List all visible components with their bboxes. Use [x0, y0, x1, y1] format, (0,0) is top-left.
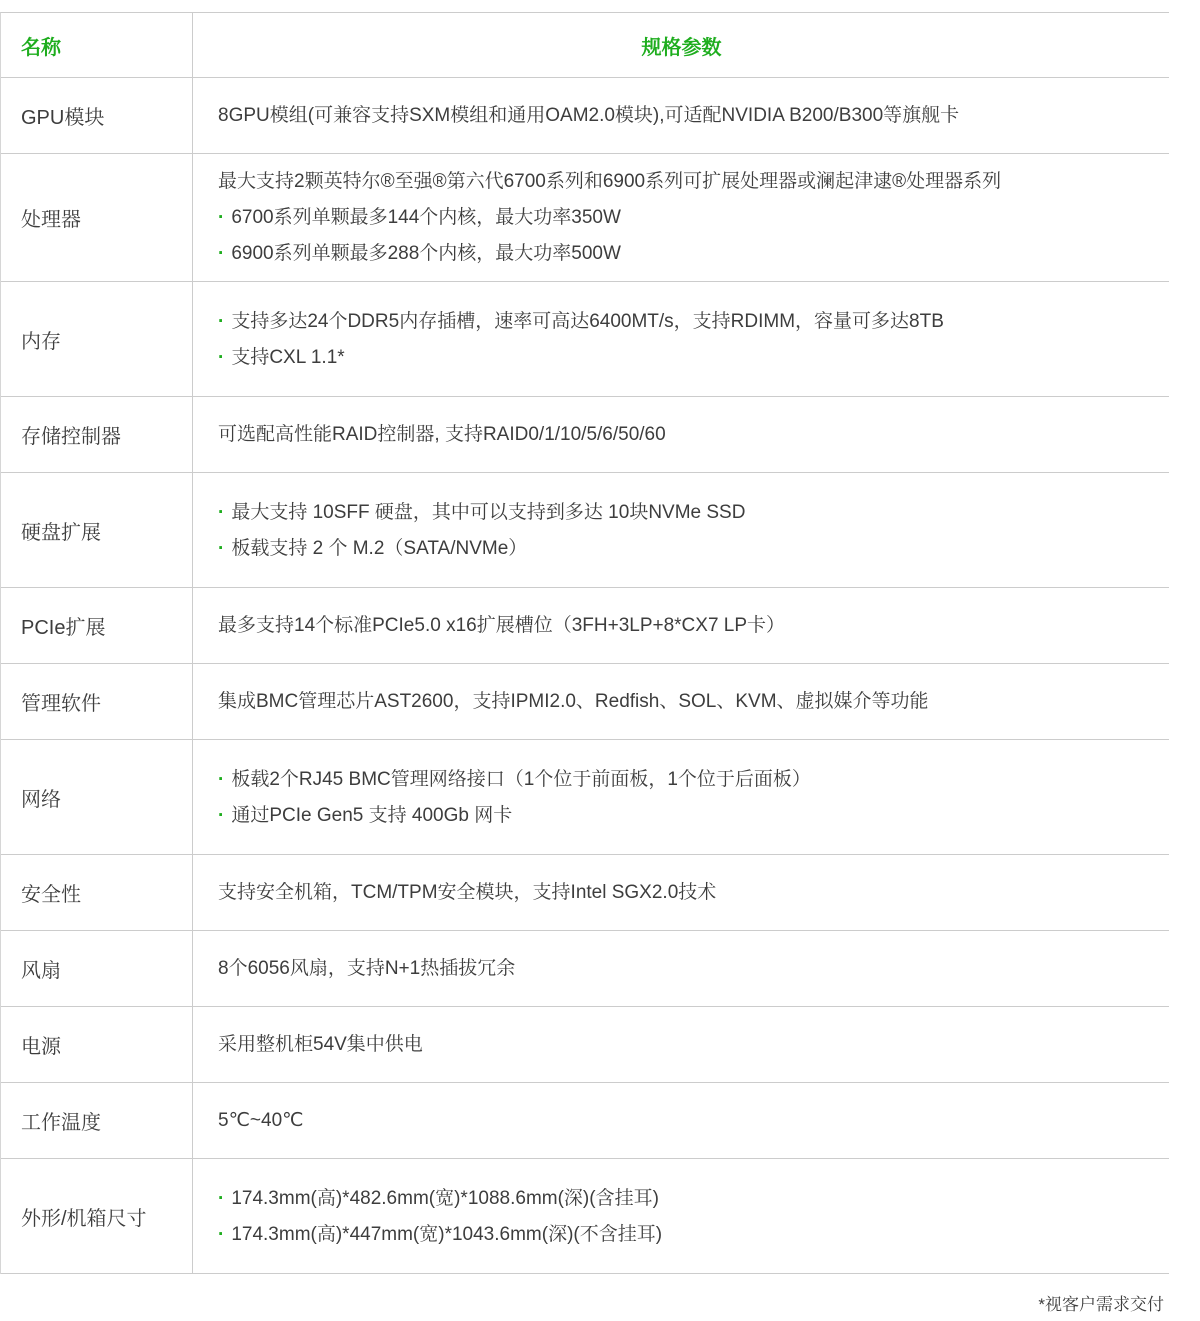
spec-text: 最大支持2颗英特尔®至强®第六代6700系列和6900系列可扩展处理器或澜起津逮… [218, 168, 1001, 195]
spec-text: 板载支持 2 个 M.2（SATA/NVMe） [231, 535, 527, 562]
spec-line: ·板载2个RJ45 BMC管理网络接口（1个位于前面板，1个位于后面板） [218, 766, 1145, 793]
spec-line: ·通过PCIe Gen5 支持 400Gb 网卡 [218, 802, 1145, 829]
spec-line: ·最大支持 10SFF 硬盘，其中可以支持到多达 10块NVMe SSD [218, 499, 1145, 526]
row-pcie-expansion: PCIe扩展 最多支持14个标准PCIe5.0 x16扩展槽位（3FH+3LP+… [1, 588, 1169, 664]
row-label: 工作温度 [1, 1083, 193, 1158]
bullet-icon: · [218, 535, 224, 562]
row-network: 网络 ·板载2个RJ45 BMC管理网络接口（1个位于前面板，1个位于后面板） … [1, 740, 1169, 855]
row-processor: 处理器 最大支持2颗英特尔®至强®第六代6700系列和6900系列可扩展处理器或… [1, 154, 1169, 282]
spec-text: 6700系列单颗最多144个内核，最大功率350W [231, 204, 621, 231]
spec-text: 5℃~40℃ [218, 1107, 303, 1134]
header-spec-column: 规格参数 [193, 13, 1169, 77]
row-label: PCIe扩展 [1, 588, 193, 663]
spec-line: ·174.3mm(高)*447mm(宽)*1043.6mm(深)(不含挂耳) [218, 1221, 1145, 1248]
spec-text: 最多支持14个标准PCIe5.0 x16扩展槽位（3FH+3LP+8*CX7 L… [218, 612, 785, 639]
row-label: 风扇 [1, 931, 193, 1006]
footnote: *视客户需求交付 [0, 1290, 1168, 1315]
spec-line: 集成BMC管理芯片AST2600，支持IPMI2.0、Redfish、SOL、K… [218, 688, 1145, 715]
bullet-icon: · [218, 802, 224, 829]
spec-line: 8个6056风扇，支持N+1热插拔冗余 [218, 955, 1145, 982]
row-label: 网络 [1, 740, 193, 854]
spec-text: 集成BMC管理芯片AST2600，支持IPMI2.0、Redfish、SOL、K… [218, 688, 929, 715]
bullet-icon: · [218, 1221, 224, 1248]
bullet-icon: · [218, 1185, 224, 1212]
row-dimensions: 外形/机箱尺寸 ·174.3mm(高)*482.6mm(宽)*1088.6mm(… [1, 1159, 1169, 1274]
spec-text: 支持安全机箱，TCM/TPM安全模块，支持Intel SGX2.0技术 [218, 879, 716, 906]
spec-text: 8个6056风扇，支持N+1热插拔冗余 [218, 955, 515, 982]
spec-text: 6900系列单颗最多288个内核，最大功率500W [231, 240, 621, 267]
spec-text: 支持CXL 1.1* [231, 344, 344, 371]
row-label: 内存 [1, 282, 193, 396]
row-label: 处理器 [1, 154, 193, 281]
bullet-icon: · [218, 240, 224, 267]
spec-text: 采用整机柜54V集中供电 [218, 1031, 423, 1058]
row-memory: 内存 ·支持多达24个DDR5内存插槽，速率可高达6400MT/s，支持RDIM… [1, 282, 1169, 397]
bullet-icon: · [218, 766, 224, 793]
spec-line: 5℃~40℃ [218, 1107, 1145, 1134]
row-operating-temperature: 工作温度 5℃~40℃ [1, 1083, 1169, 1159]
spec-line: 最大支持2颗英特尔®至强®第六代6700系列和6900系列可扩展处理器或澜起津逮… [218, 168, 1145, 195]
row-fans: 风扇 8个6056风扇，支持N+1热插拔冗余 [1, 931, 1169, 1007]
spec-text: 174.3mm(高)*482.6mm(宽)*1088.6mm(深)(含挂耳) [231, 1185, 659, 1212]
spec-line: ·支持CXL 1.1* [218, 344, 1145, 371]
bullet-icon: · [218, 204, 224, 231]
row-power: 电源 采用整机柜54V集中供电 [1, 1007, 1169, 1083]
row-label: 硬盘扩展 [1, 473, 193, 587]
spec-line: 8GPU模组(可兼容支持SXM模组和通用OAM2.0模块),可适配NVIDIA … [218, 102, 1145, 129]
bullet-icon: · [218, 308, 224, 335]
spec-line: ·支持多达24个DDR5内存插槽，速率可高达6400MT/s，支持RDIMM，容… [218, 308, 1145, 335]
bullet-icon: · [218, 344, 224, 371]
spec-line: ·6700系列单颗最多144个内核，最大功率350W [218, 204, 1145, 231]
row-label: 管理软件 [1, 664, 193, 739]
row-storage-controller: 存储控制器 可选配高性能RAID控制器, 支持RAID0/1/10/5/6/50… [1, 397, 1169, 473]
spec-line: ·板载支持 2 个 M.2（SATA/NVMe） [218, 535, 1145, 562]
spec-line: 最多支持14个标准PCIe5.0 x16扩展槽位（3FH+3LP+8*CX7 L… [218, 612, 1145, 639]
header-name-column: 名称 [1, 13, 193, 77]
row-label: 外形/机箱尺寸 [1, 1159, 193, 1273]
row-management-software: 管理软件 集成BMC管理芯片AST2600，支持IPMI2.0、Redfish、… [1, 664, 1169, 740]
row-label: GPU模块 [1, 78, 193, 153]
row-label: 安全性 [1, 855, 193, 930]
row-gpu-module: GPU模块 8GPU模组(可兼容支持SXM模组和通用OAM2.0模块),可适配N… [1, 78, 1169, 154]
row-label: 电源 [1, 1007, 193, 1082]
spec-text: 板载2个RJ45 BMC管理网络接口（1个位于前面板，1个位于后面板） [231, 766, 811, 793]
spec-line: 支持安全机箱，TCM/TPM安全模块，支持Intel SGX2.0技术 [218, 879, 1145, 906]
spec-line: 可选配高性能RAID控制器, 支持RAID0/1/10/5/6/50/60 [218, 421, 1145, 448]
spec-text: 最大支持 10SFF 硬盘，其中可以支持到多达 10块NVMe SSD [231, 499, 745, 526]
spec-text: 8GPU模组(可兼容支持SXM模组和通用OAM2.0模块),可适配NVIDIA … [218, 102, 959, 129]
spec-table: 名称 规格参数 GPU模块 8GPU模组(可兼容支持SXM模组和通用OAM2.0… [0, 12, 1169, 1274]
spec-text: 通过PCIe Gen5 支持 400Gb 网卡 [231, 802, 512, 829]
row-label: 存储控制器 [1, 397, 193, 472]
row-drive-expansion: 硬盘扩展 ·最大支持 10SFF 硬盘，其中可以支持到多达 10块NVMe SS… [1, 473, 1169, 588]
bullet-icon: · [218, 499, 224, 526]
spec-text: 可选配高性能RAID控制器, 支持RAID0/1/10/5/6/50/60 [218, 421, 666, 448]
spec-line: 采用整机柜54V集中供电 [218, 1031, 1145, 1058]
row-security: 安全性 支持安全机箱，TCM/TPM安全模块，支持Intel SGX2.0技术 [1, 855, 1169, 931]
table-header-row: 名称 规格参数 [1, 13, 1169, 78]
spec-text: 174.3mm(高)*447mm(宽)*1043.6mm(深)(不含挂耳) [231, 1221, 662, 1248]
spec-text: 支持多达24个DDR5内存插槽，速率可高达6400MT/s，支持RDIMM，容量… [231, 308, 944, 335]
spec-line: ·6900系列单颗最多288个内核，最大功率500W [218, 240, 1145, 267]
spec-line: ·174.3mm(高)*482.6mm(宽)*1088.6mm(深)(含挂耳) [218, 1185, 1145, 1212]
